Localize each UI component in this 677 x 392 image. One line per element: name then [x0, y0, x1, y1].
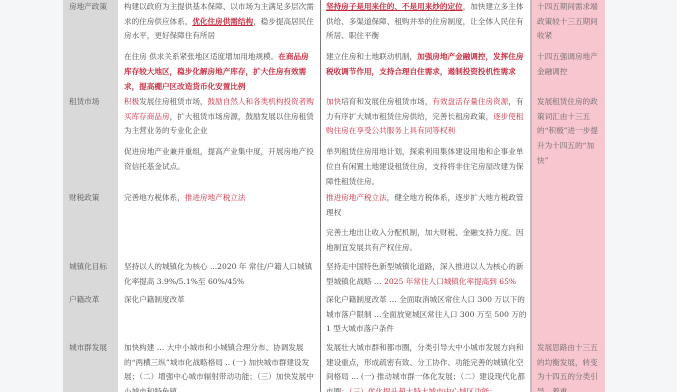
thirteenth-plan-cell: 深化户籍制度改革: [124, 293, 314, 308]
comment-text: 发展思路由十三五的均衡发展，转变为十四五的分类引导，着重: [537, 341, 601, 392]
emphasized-text: 2025 年常住人口城镇化率提高到 65%: [384, 277, 516, 286]
emphasized-text: 推进房地产税立法: [185, 193, 246, 202]
body-text: 坚持以人的城镇化为核心 ...2020 年 常住/户籍人口城镇化率提高 3.9%…: [124, 262, 312, 286]
cell-paragraph: 坚持以人的城镇化为核心 ...2020 年 常住/户籍人口城镇化率提高 3.9%…: [124, 260, 314, 289]
cell-paragraph: 深化户籍制度改革 … 全面取消城区常住人口 300 万以下的城市落户限制 …全面…: [326, 293, 528, 337]
emphasized-text: 推进房地产税立法: [326, 193, 387, 202]
cell-paragraph: 构建以政府为主提供基本保障、以市场为主满足多层次需求的住房供应体系，优化住房供需…: [124, 0, 314, 44]
fourteenth-plan-cell: 坚持房子是用来住的、不是用来炒的定位，加快建立多主体供给、多渠道保障、租购并举的…: [326, 0, 528, 80]
body-text: 单列租赁住房用地计划，探索利用集体建设用地和企事业单位自有闲置土地建设租赁住房，…: [326, 147, 523, 185]
body-text: 发展住房租赁市场，: [139, 97, 207, 106]
cell-paragraph: 推进房地产税立法，健全地方税体系，逐步扩大地方税政管理权: [326, 191, 528, 220]
cell-paragraph: 促进房地产业兼并重组，提高产业集中度，开展房地产投资信托基金试点。: [124, 145, 314, 174]
cell-paragraph: 加快培育和发展住房租赁市场，有效盘活存量住房资源，有力有序扩大城市租赁住房供给，…: [326, 95, 528, 139]
row-label: 房地产政策: [69, 0, 117, 15]
row-label: 租赁市场: [69, 95, 117, 110]
row-label: 户籍改革: [69, 293, 117, 308]
cell-paragraph: 建立住房和土地联动机制，加强房地产金融调控，发挥住房税收调节作用，支持合理自住需…: [326, 50, 528, 79]
cell-paragraph: 深化户籍制度改革: [124, 293, 314, 308]
emphasized-text: 坚持房子是用来住的、不是用来炒的定位: [326, 2, 463, 11]
fourteenth-plan-cell: 加快培育和发展住房租赁市场，有效盘活存量住房资源，有力有序扩大城市租赁住房供给，…: [326, 95, 528, 189]
thirteenth-plan-cell: 构建以政府为主提供基本保障、以市场为主满足多层次需求的住房供应体系，优化住房供需…: [124, 0, 314, 94]
comment-cell: 十四五期间需求端政策较十三五期间收紧 十四五强调房地产金融调控: [537, 0, 601, 80]
cell-paragraph: 单列租赁住房用地计划，探索利用集体建设用地和企事业单位自有闲置土地建设租赁住房，…: [326, 145, 528, 189]
cell-paragraph: 积极发展住房租赁市场，鼓励自然人和各类机构投资者购买库存商品房，扩大租赁市场房源…: [124, 95, 314, 139]
body-text: 加快构建 … 大中小城市和小城镇合理分布、协调发展的“两横三纵”城市化战略格局 …: [124, 343, 314, 392]
thirteenth-plan-cell: 完善地方税体系，推进房地产税立法: [124, 191, 314, 206]
comment-text: 十四五强调房地产金融调控: [537, 50, 601, 79]
emphasized-text: （三）优化提升超大特大城市中心城区功能；: [349, 387, 497, 392]
body-text: 完善地方税体系，: [124, 193, 185, 202]
cell-paragraph: 完善土地出让收入分配机制，加大财税、金融支持力度。因地制宜发展共有产权住房。: [326, 226, 528, 255]
fourteenth-plan-cell: 发展壮大城市群和都市圈，分类引导大中小城市发展方向和建设重点，形成疏密有致、分工…: [326, 341, 528, 392]
cell-paragraph: 坚持房子是用来住的、不是用来炒的定位，加快建立多主体供给、多渠道保障、租购并举的…: [326, 0, 528, 44]
emphasized-text: 有效盘活存量住房资源: [432, 97, 508, 106]
fourteenth-plan-cell: 推进房地产税立法，健全地方税体系，逐步扩大地方税政管理权 完善土地出让收入分配机…: [326, 191, 528, 256]
cell-paragraph: 在住房 供求关系紧张地区适度增加用地规模。在商品房库存较大地区，稳步化解房地产库…: [124, 50, 314, 94]
comment-cell: 发展租赁住房的政策词汇由十三五的“积极”进一步提升为十四五的“加快”: [537, 95, 601, 169]
thirteenth-plan-cell: 积极发展住房租赁市场，鼓励自然人和各类机构投资者购买库存商品房，扩大租赁市场房源…: [124, 95, 314, 175]
thirteenth-plan-cell: 加快构建 … 大中小城市和小城镇合理分布、协调发展的“两横三纵”城市化战略格局 …: [124, 341, 314, 392]
comment-cell: 发展思路由十三五的均衡发展，转变为十四五的分类引导，着重: [537, 341, 601, 392]
fourteenth-plan-cell: 坚持走中国特色新型城镇化道路，深入推进以人为核心的新型城镇化战略 … 2025 …: [326, 260, 528, 289]
cell-paragraph: 加快构建 … 大中小城市和小城镇合理分布、协调发展的“两横三纵”城市化战略格局 …: [124, 341, 314, 392]
row-label: 财税政策: [69, 191, 117, 206]
policy-comparison-table: 房地产政策 构建以政府为主提供基本保障、以市场为主满足多层次需求的住房供应体系，…: [63, 0, 605, 392]
body-text: 建立住房和土地联动机制，: [326, 52, 417, 61]
body-text: 在住房 供求关系紧张地区适度增加用地规模。: [124, 52, 278, 61]
comment-text: 发展租赁住房的政策词汇由十三五的“积极”进一步提升为十四五的“加快”: [537, 95, 601, 169]
row-label: 城市群发展: [69, 341, 117, 356]
body-text: 促进房地产业兼并重组，提高产业集中度，开展房地产投资信托基金试点。: [124, 147, 314, 171]
row-label: 城镇化目标: [69, 260, 117, 275]
fourteenth-plan-cell: 深化户籍制度改革 … 全面取消城区常住人口 300 万以下的城市落户限制 …全面…: [326, 293, 528, 337]
body-text: 深化户籍制度改革 … 全面取消城区常住人口 300 万以下的城市落户限制 …全面…: [326, 295, 527, 333]
body-text: 发展壮大城市群和都市圈，分类引导大中小城市发展方向和建设重点，形成疏密有致、分工…: [326, 343, 525, 392]
emphasized-text: 优化住房供需结构: [192, 17, 253, 26]
cell-paragraph: 完善地方税体系，推进房地产税立法: [124, 191, 314, 206]
cell-paragraph: 发展壮大城市群和都市圈，分类引导大中小城市发展方向和建设重点，形成疏密有致、分工…: [326, 341, 528, 392]
body-text: 培育和发展住房租赁市场，: [341, 97, 432, 106]
body-text: 完善土地出让收入分配机制，加大财税、金融支持力度。因地制宜发展共有产权住房。: [326, 228, 523, 252]
comment-text: 十四五期间需求端政策较十三五期间收紧: [537, 0, 601, 44]
thirteenth-plan-cell: 坚持以人的城镇化为核心 ...2020 年 常住/户籍人口城镇化率提高 3.9%…: [124, 260, 314, 289]
cell-paragraph: 坚持走中国特色新型城镇化道路，深入推进以人为核心的新型城镇化战略 … 2025 …: [326, 260, 528, 289]
body-text: 深化户籍制度改革: [124, 295, 185, 304]
emphasized-text: 积极: [124, 97, 139, 106]
emphasized-text: 加快: [326, 97, 341, 106]
